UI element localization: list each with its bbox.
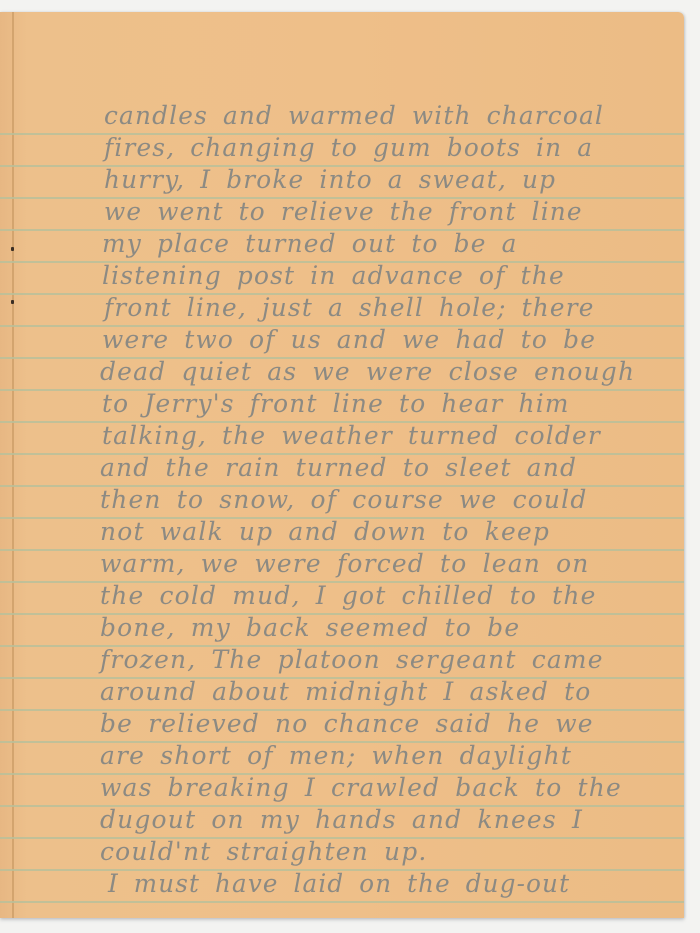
text-line: the cold mud, I got chilled to the xyxy=(100,580,678,612)
text-line: candles and warmed with charcoal xyxy=(104,100,678,132)
text-line: dead quiet as we were close enough xyxy=(100,356,678,388)
text-line: then to snow, of course we could xyxy=(100,484,678,516)
text-line: hurry, I broke into a sweat, up xyxy=(104,164,678,196)
text-line: around about midnight I asked to xyxy=(100,676,678,708)
text-line: we went to relieve the front line xyxy=(104,196,678,228)
text-line: front line, just a shell hole; there xyxy=(104,292,678,324)
text-line: was breaking I crawled back to the xyxy=(100,772,678,804)
text-line: listening post in advance of the xyxy=(102,260,678,292)
text-line: fires, changing to gum boots in a xyxy=(104,132,678,164)
text-line: warm, we were forced to lean on xyxy=(100,548,678,580)
text-line: frozen, The platoon sergeant came xyxy=(100,644,678,676)
text-line: are short of men; when daylight xyxy=(100,740,678,772)
text-line: and the rain turned to sleet and xyxy=(100,452,678,484)
notebook-page: candles and warmed with charcoal fires, … xyxy=(0,12,684,918)
text-line: I must have laid on the dug-out xyxy=(108,868,678,900)
text-line: were two of us and we had to be xyxy=(102,324,678,356)
ruled-line xyxy=(0,901,684,903)
text-line: be relieved no chance said he we xyxy=(100,708,678,740)
text-line: talking, the weather turned colder xyxy=(102,420,678,452)
text-line: dugout on my hands and knees I xyxy=(100,804,678,836)
text-line: my place turned out to be a xyxy=(102,228,678,260)
text-line: to Jerry's front line to hear him xyxy=(102,388,678,420)
text-line: could'nt straighten up. xyxy=(100,836,678,868)
text-line: not walk up and down to keep xyxy=(100,516,678,548)
text-line: bone, my back seemed to be xyxy=(100,612,678,644)
